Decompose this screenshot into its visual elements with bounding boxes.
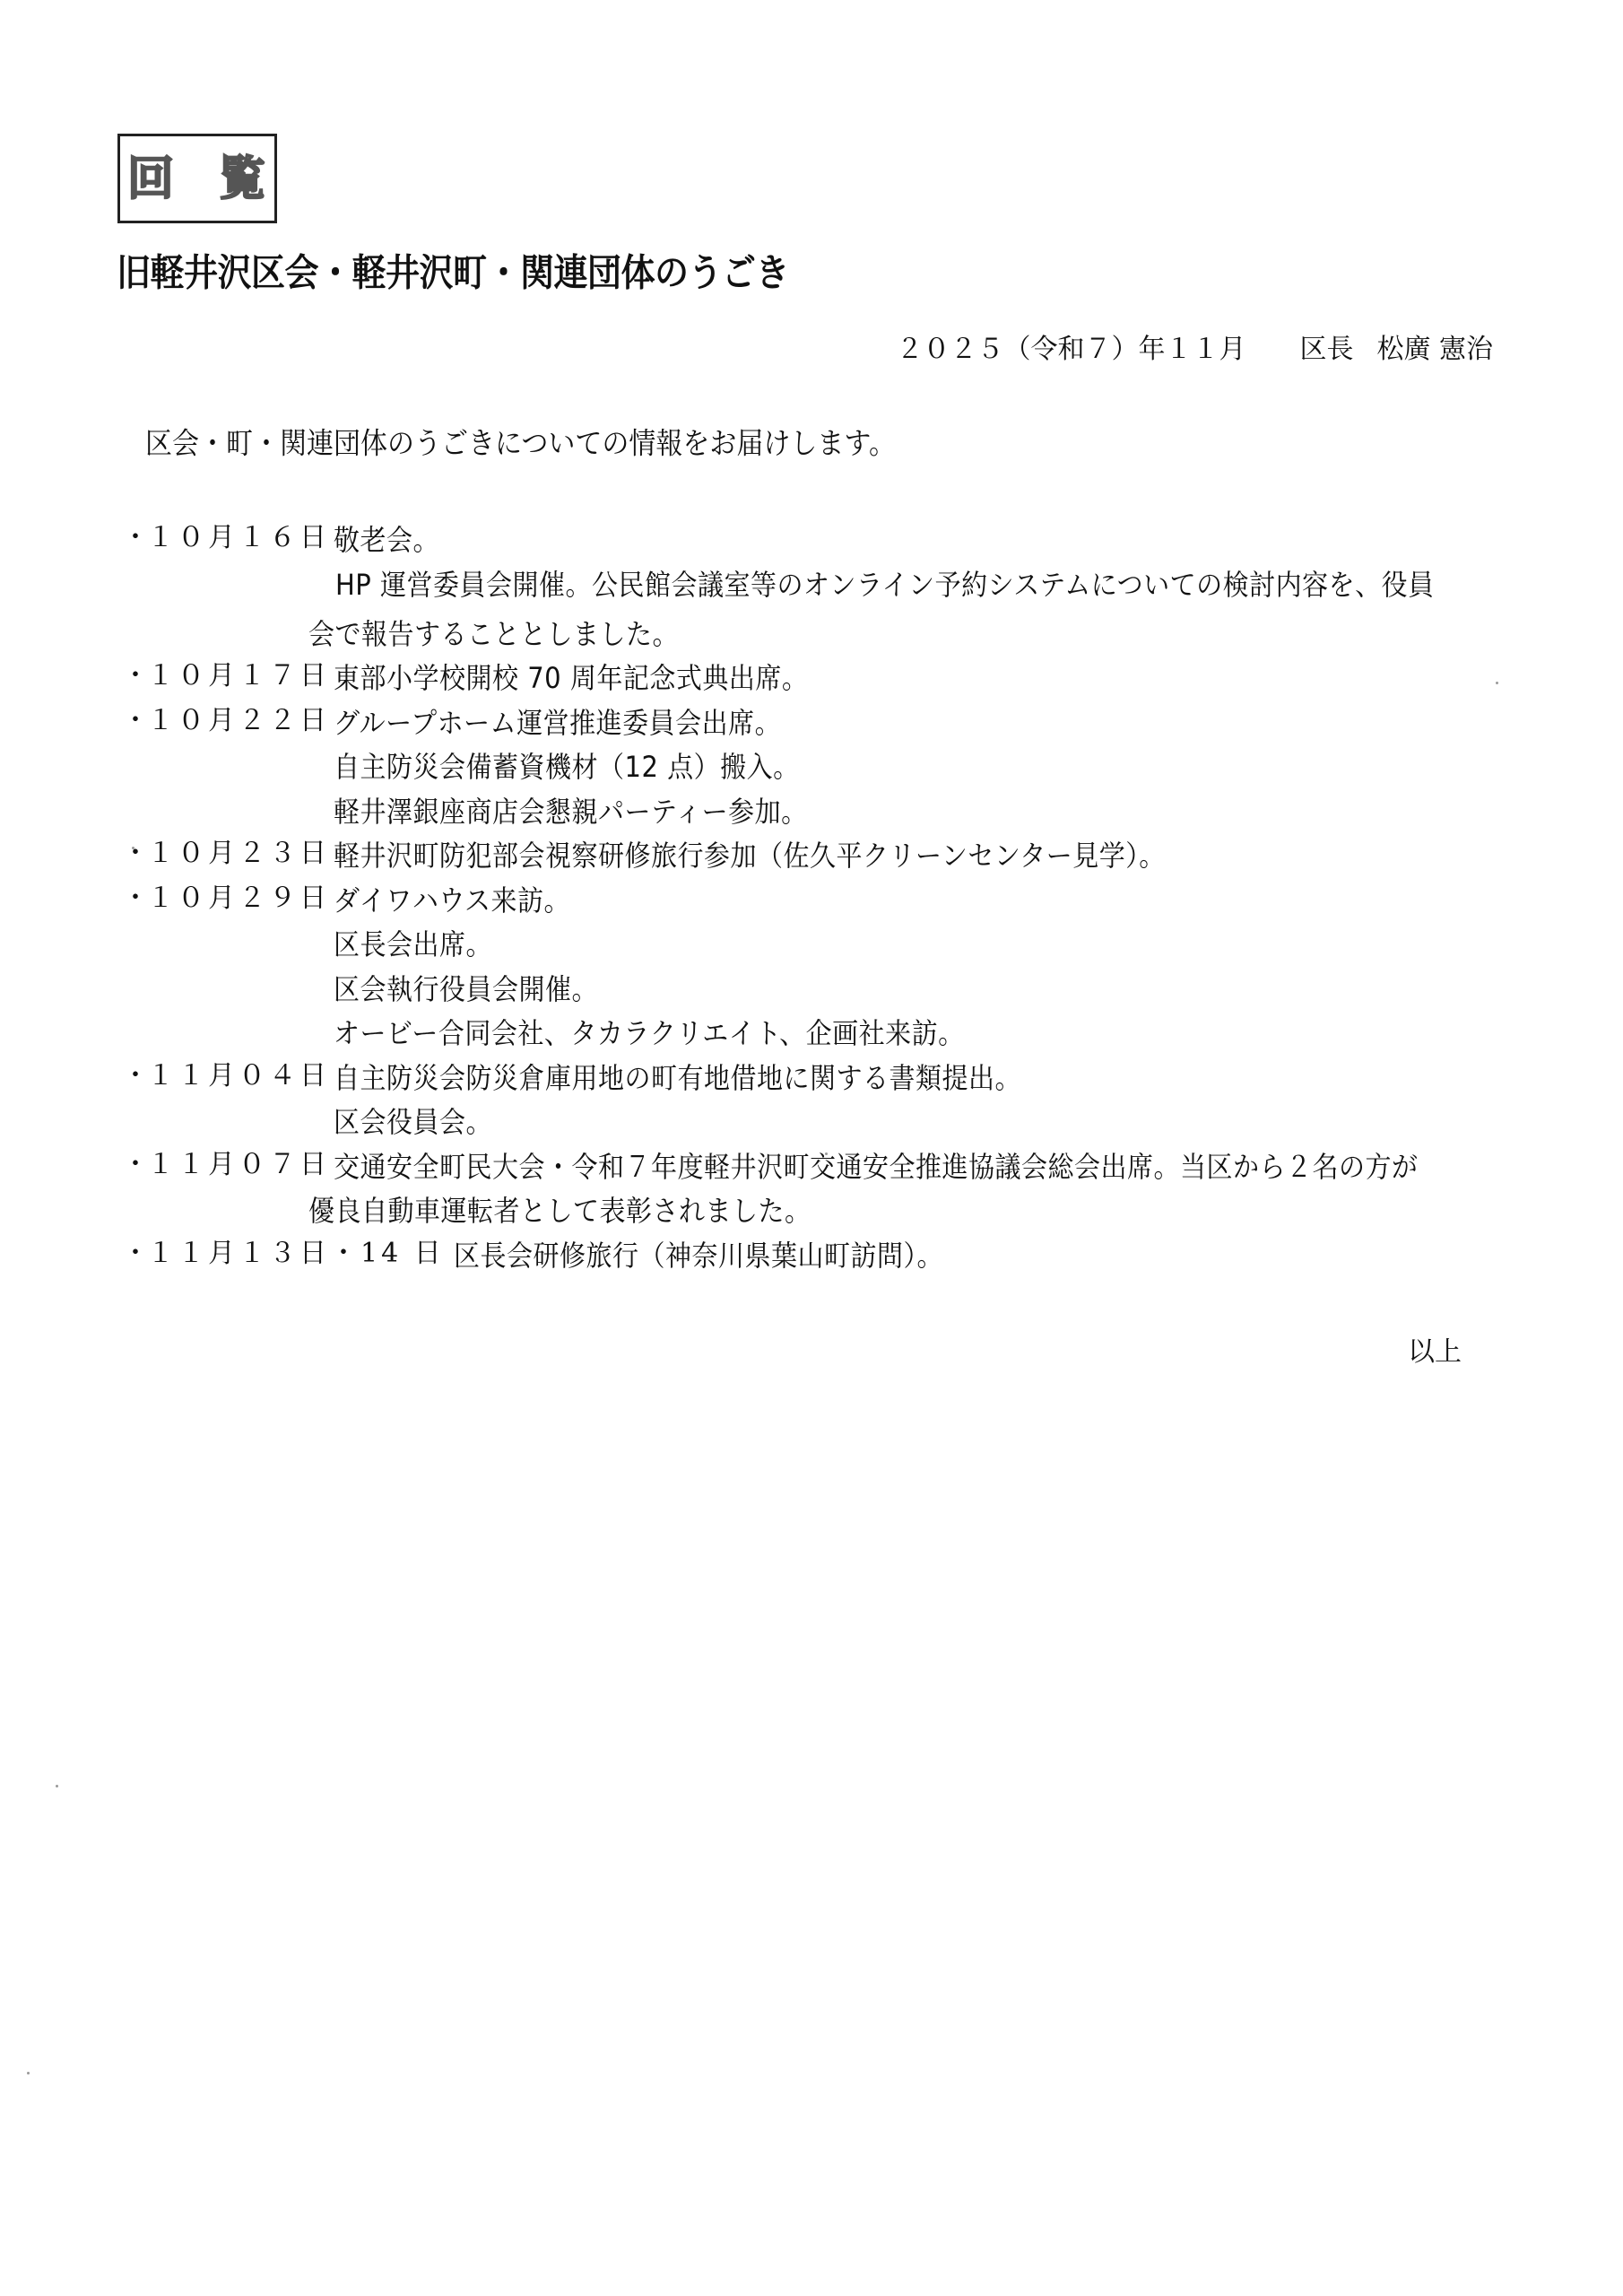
list-item: ・ １０月２３日 軽井沢町防犯部会視察研修旅行参加（佐久平クリーンセンター見学）… [122, 836, 1521, 881]
entry-date: １０月１７日 [147, 658, 330, 694]
intro-text: 区会・町・関連団体のうごきについての情報をお届けします。 [145, 427, 896, 463]
stamp-char-kai: 回 [127, 154, 174, 204]
list-item: ・ １１月０４日 自主防災会防災倉庫用地の町有地借地に関する書類提出。 [122, 1058, 1521, 1103]
entry-text: ダイワハウス来訪。 [334, 881, 570, 920]
entry-date: １１月０４日 [147, 1058, 330, 1094]
bullet: ・ [122, 703, 140, 739]
entry-text: 区長会研修旅行（神奈川県葉山町訪問）。 [454, 1236, 943, 1275]
list-item-continuation: 自主防災会備蓄資機材（12 点）搬入。 [122, 747, 1521, 792]
bullet: ・ [122, 1236, 140, 1272]
signer-name: 松廣 憲治 [1376, 334, 1493, 365]
issue-date: ２０２５（令和７）年１１月 [896, 334, 1245, 365]
document-title: 旧軽井沢区会・軽井沢町・関連団体のうごき [117, 249, 789, 297]
entry-text: オービー合同会社、タカラクリエイト、企画社来訪。 [334, 1013, 965, 1053]
list-item-continuation: 区会執行役員会開催。 [122, 970, 1521, 1014]
date-signature-line: ２０２５（令和７）年１１月区長松廣 憲治 [896, 334, 1493, 366]
scan-speck [825, 1152, 828, 1155]
list-item: ・ １０月１７日 東部小学校開校 70 周年記念式典出席。 [122, 658, 1521, 703]
list-item-continuation: オービー合同会社、タカラクリエイト、企画社来訪。 [122, 1013, 1521, 1058]
list-item: ・ １１月０７日 交通安全町民大会・令和７年度軽井沢町交通安全推進協議会総会出席… [122, 1147, 1521, 1192]
entry-text: 軽井沢町防犯部会視察研修旅行参加（佐久平クリーンセンター見学）。 [334, 836, 1166, 875]
list-item-continuation: 区会役員会。 [122, 1102, 1521, 1147]
entry-date: １０月２２日 [147, 703, 330, 739]
entry-text: 区長会出席。 [334, 925, 492, 964]
bullet: ・ [122, 658, 140, 694]
bullet: ・ [122, 1058, 140, 1094]
scan-speck [1496, 682, 1498, 684]
bullet: ・ [122, 881, 140, 917]
entry-date: １１月０７日 [147, 1147, 330, 1183]
list-item: ・ １１月１３日・14 日 区長会研修旅行（神奈川県葉山町訪問）。 [122, 1236, 1521, 1281]
entry-text: 自主防災会防災倉庫用地の町有地借地に関する書類提出。 [334, 1058, 1021, 1098]
list-item: ・ １０月２２日 グループホーム運営推進委員会出席。 [122, 703, 1521, 748]
entry-text: 区会役員会。 [334, 1102, 492, 1142]
signer-role: 区長 [1299, 334, 1353, 365]
entry-text: 自主防災会備蓄資機材（12 点）搬入。 [334, 747, 800, 787]
circulation-stamp: 回 覧 [117, 134, 277, 223]
bullet: ・ [122, 1147, 140, 1183]
activity-list: ・ １０月１６日 敬老会。 HP 運営委員会開催。公民館会議室等のオンライン予約… [122, 520, 1521, 1280]
scan-speck [132, 847, 135, 849]
entry-text: HP 運営委員会開催。公民館会議室等のオンライン予約システムについての検討内容を… [335, 565, 1435, 604]
entry-text: 東部小学校開校 70 周年記念式典出席。 [334, 658, 808, 698]
entry-text: グループホーム運営推進委員会出席。 [334, 703, 781, 743]
entry-text: 軽井澤銀座商店会懇親パーティー参加。 [334, 792, 808, 831]
entry-date: １０月１６日 [147, 520, 330, 556]
entry-date: １１月１３日・14 日 [147, 1236, 445, 1272]
list-item-continuation: 会で報告することとしました。 [122, 614, 1521, 659]
scan-speck [56, 1785, 58, 1787]
list-item: ・ １０月１６日 敬老会。 [122, 520, 1521, 565]
list-item-continuation: 優良自動車運転者として表彰されました。 [122, 1191, 1521, 1236]
list-item-continuation: 区長会出席。 [122, 925, 1521, 970]
entry-text: 優良自動車運転者として表彰されました。 [308, 1191, 811, 1231]
closing-mark: 以上 [1408, 1336, 1462, 1369]
list-item: ・ １０月２９日 ダイワハウス来訪。 [122, 881, 1521, 926]
entry-text: 敬老会。 [334, 520, 439, 560]
entry-text: 会で報告することとしました。 [308, 614, 679, 654]
entry-date: １０月２３日 [147, 836, 330, 872]
scan-speck [27, 2072, 30, 2074]
entry-date: １０月２９日 [147, 881, 330, 917]
entry-text: 区会執行役員会開催。 [334, 970, 598, 1009]
entry-text: 交通安全町民大会・令和７年度軽井沢町交通安全推進協議会総会出席。当区から２名の方… [334, 1147, 1419, 1187]
stamp-char-ran: 覧 [219, 154, 265, 204]
list-item-continuation: 軽井澤銀座商店会懇親パーティー参加。 [122, 792, 1521, 837]
bullet: ・ [122, 836, 140, 872]
bullet: ・ [122, 520, 140, 556]
list-item-continuation: HP 運営委員会開催。公民館会議室等のオンライン予約システムについての検討内容を… [122, 565, 1521, 614]
